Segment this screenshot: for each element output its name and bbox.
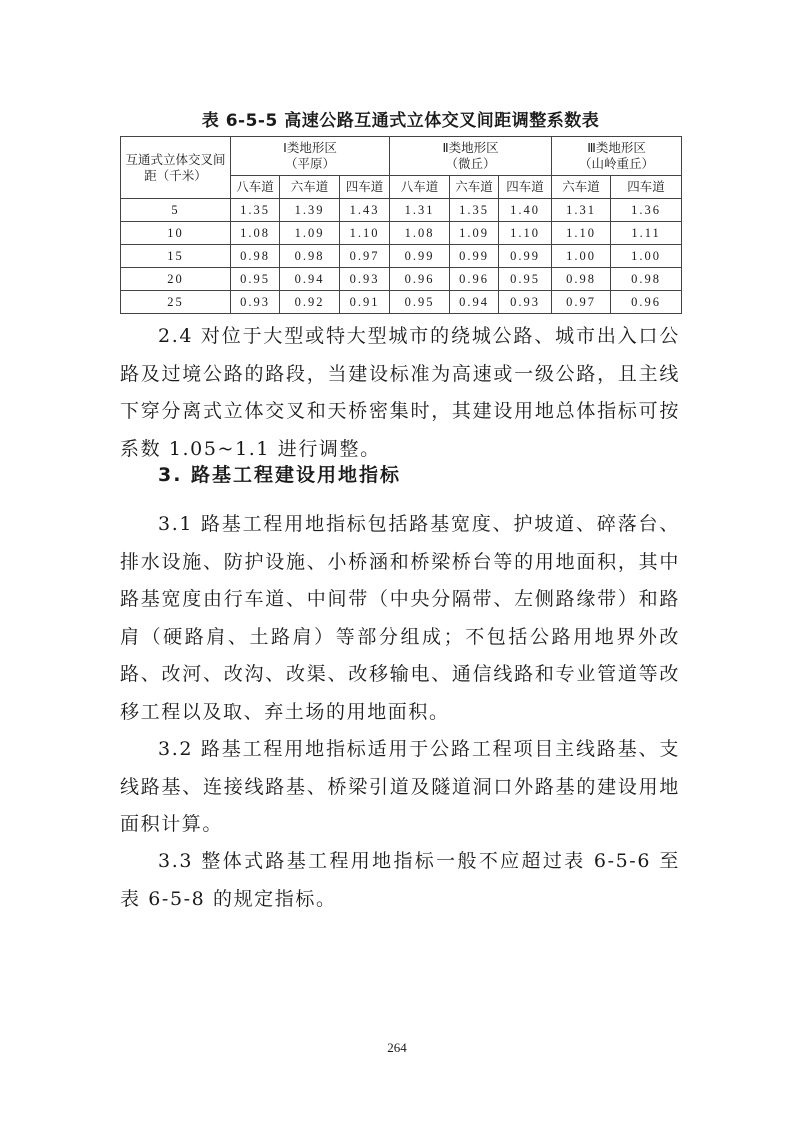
section-heading-3: 3. 路基工程建设用地指标 [158,460,401,487]
paragraph-3-2: 3.2 路基工程用地指标适用于公路工程项目主线路基、支线路基、连接线路基、桥梁引… [120,731,680,844]
value-cell: 0.97 [340,245,390,268]
distance-cell: 25 [121,291,231,314]
distance-cell: 5 [121,199,231,222]
value-cell: 0.94 [450,291,499,314]
adjustment-coefficient-table: 互通式立体交叉间距（千米） Ⅰ类地形区 （平原） Ⅱ类地形区 （微丘） Ⅲ类地形… [120,136,682,314]
value-cell: 0.96 [450,268,499,291]
paragraph-3-3: 3.3 整体式路基工程用地指标一般不应超过表 6-5-6 至表 6-5-8 的规… [120,843,680,918]
page-number: 264 [0,1040,794,1056]
value-cell: 0.98 [611,268,682,291]
row-header-cell: 互通式立体交叉间距（千米） [121,137,231,199]
value-cell: 0.95 [231,268,280,291]
value-cell: 1.00 [611,245,682,268]
table-row: 15 0.98 0.98 0.97 0.99 0.99 0.99 1.00 1.… [121,245,682,268]
group-sub: （微丘） [390,156,551,172]
paragraph-3-1: 3.1 路基工程用地指标包括路基宽度、护坡道、碎落台、排水设施、防护设施、小桥涵… [120,506,680,731]
distance-cell: 15 [121,245,231,268]
value-cell: 0.91 [340,291,390,314]
value-cell: 0.98 [552,268,611,291]
table-row: 25 0.93 0.92 0.91 0.95 0.94 0.93 0.97 0.… [121,291,682,314]
value-cell: 1.31 [552,199,611,222]
group-header-1: Ⅰ类地形区 （平原） [231,137,390,176]
group-label: Ⅱ类地形区 [390,140,551,156]
value-cell: 0.99 [390,245,450,268]
value-cell: 1.11 [611,222,682,245]
table-row: 20 0.95 0.94 0.93 0.96 0.96 0.95 0.98 0.… [121,268,682,291]
group-label: Ⅲ类地形区 [552,140,681,156]
paragraph-text: 3.2 路基工程用地指标适用于公路工程项目主线路基、支线路基、连接线路基、桥梁引… [120,738,680,835]
value-cell: 1.09 [280,222,340,245]
value-cell: 1.08 [390,222,450,245]
value-cell: 1.10 [499,222,552,245]
lane-header: 八车道 [390,176,450,199]
value-cell: 0.96 [390,268,450,291]
lane-header: 四车道 [340,176,390,199]
value-cell: 0.97 [552,291,611,314]
group-sub: （平原） [231,156,389,172]
value-cell: 1.10 [340,222,390,245]
value-cell: 1.00 [552,245,611,268]
lane-header: 四车道 [611,176,682,199]
document-page: 表 6-5-5 高速公路互通式立体交叉间距调整系数表 互通式立体交叉间距（千米）… [0,0,794,1122]
value-cell: 1.39 [280,199,340,222]
value-cell: 0.93 [231,291,280,314]
value-cell: 0.93 [499,291,552,314]
value-cell: 0.95 [390,291,450,314]
value-cell: 1.40 [499,199,552,222]
value-cell: 0.99 [499,245,552,268]
lane-header: 六车道 [552,176,611,199]
value-cell: 0.93 [340,268,390,291]
value-cell: 0.99 [450,245,499,268]
value-cell: 1.10 [552,222,611,245]
group-label: Ⅰ类地形区 [231,140,389,156]
value-cell: 1.31 [390,199,450,222]
distance-cell: 20 [121,268,231,291]
group-header-2: Ⅱ类地形区 （微丘） [390,137,552,176]
value-cell: 1.08 [231,222,280,245]
lane-header: 八车道 [231,176,280,199]
table-row: 5 1.35 1.39 1.43 1.31 1.35 1.40 1.31 1.3… [121,199,682,222]
value-cell: 1.35 [450,199,499,222]
paragraph-text: 3.3 整体式路基工程用地指标一般不应超过表 6-5-6 至表 6-5-8 的规… [120,850,680,910]
distance-cell: 10 [121,222,231,245]
value-cell: 1.36 [611,199,682,222]
lane-header: 六车道 [280,176,340,199]
value-cell: 0.96 [611,291,682,314]
value-cell: 0.98 [231,245,280,268]
value-cell: 0.94 [280,268,340,291]
value-cell: 0.98 [280,245,340,268]
table-title: 表 6-5-5 高速公路互通式立体交叉间距调整系数表 [120,106,681,131]
value-cell: 1.35 [231,199,280,222]
value-cell: 1.43 [340,199,390,222]
lane-header: 六车道 [450,176,499,199]
paragraph-text: 2.4 对位于大型或特大型城市的绕城公路、城市出入口公路及过境公路的路段，当建设… [120,325,680,460]
paragraph-2-4: 2.4 对位于大型或特大型城市的绕城公路、城市出入口公路及过境公路的路段，当建设… [120,318,680,468]
lane-header: 四车道 [499,176,552,199]
group-header-3: Ⅲ类地形区 （山岭重丘） [552,137,682,176]
paragraph-text: 3.1 路基工程用地指标包括路基宽度、护坡道、碎落台、排水设施、防护设施、小桥涵… [120,513,680,723]
value-cell: 0.92 [280,291,340,314]
group-sub: （山岭重丘） [552,156,681,172]
value-cell: 0.95 [499,268,552,291]
table-row: 10 1.08 1.09 1.10 1.08 1.09 1.10 1.10 1.… [121,222,682,245]
value-cell: 1.09 [450,222,499,245]
